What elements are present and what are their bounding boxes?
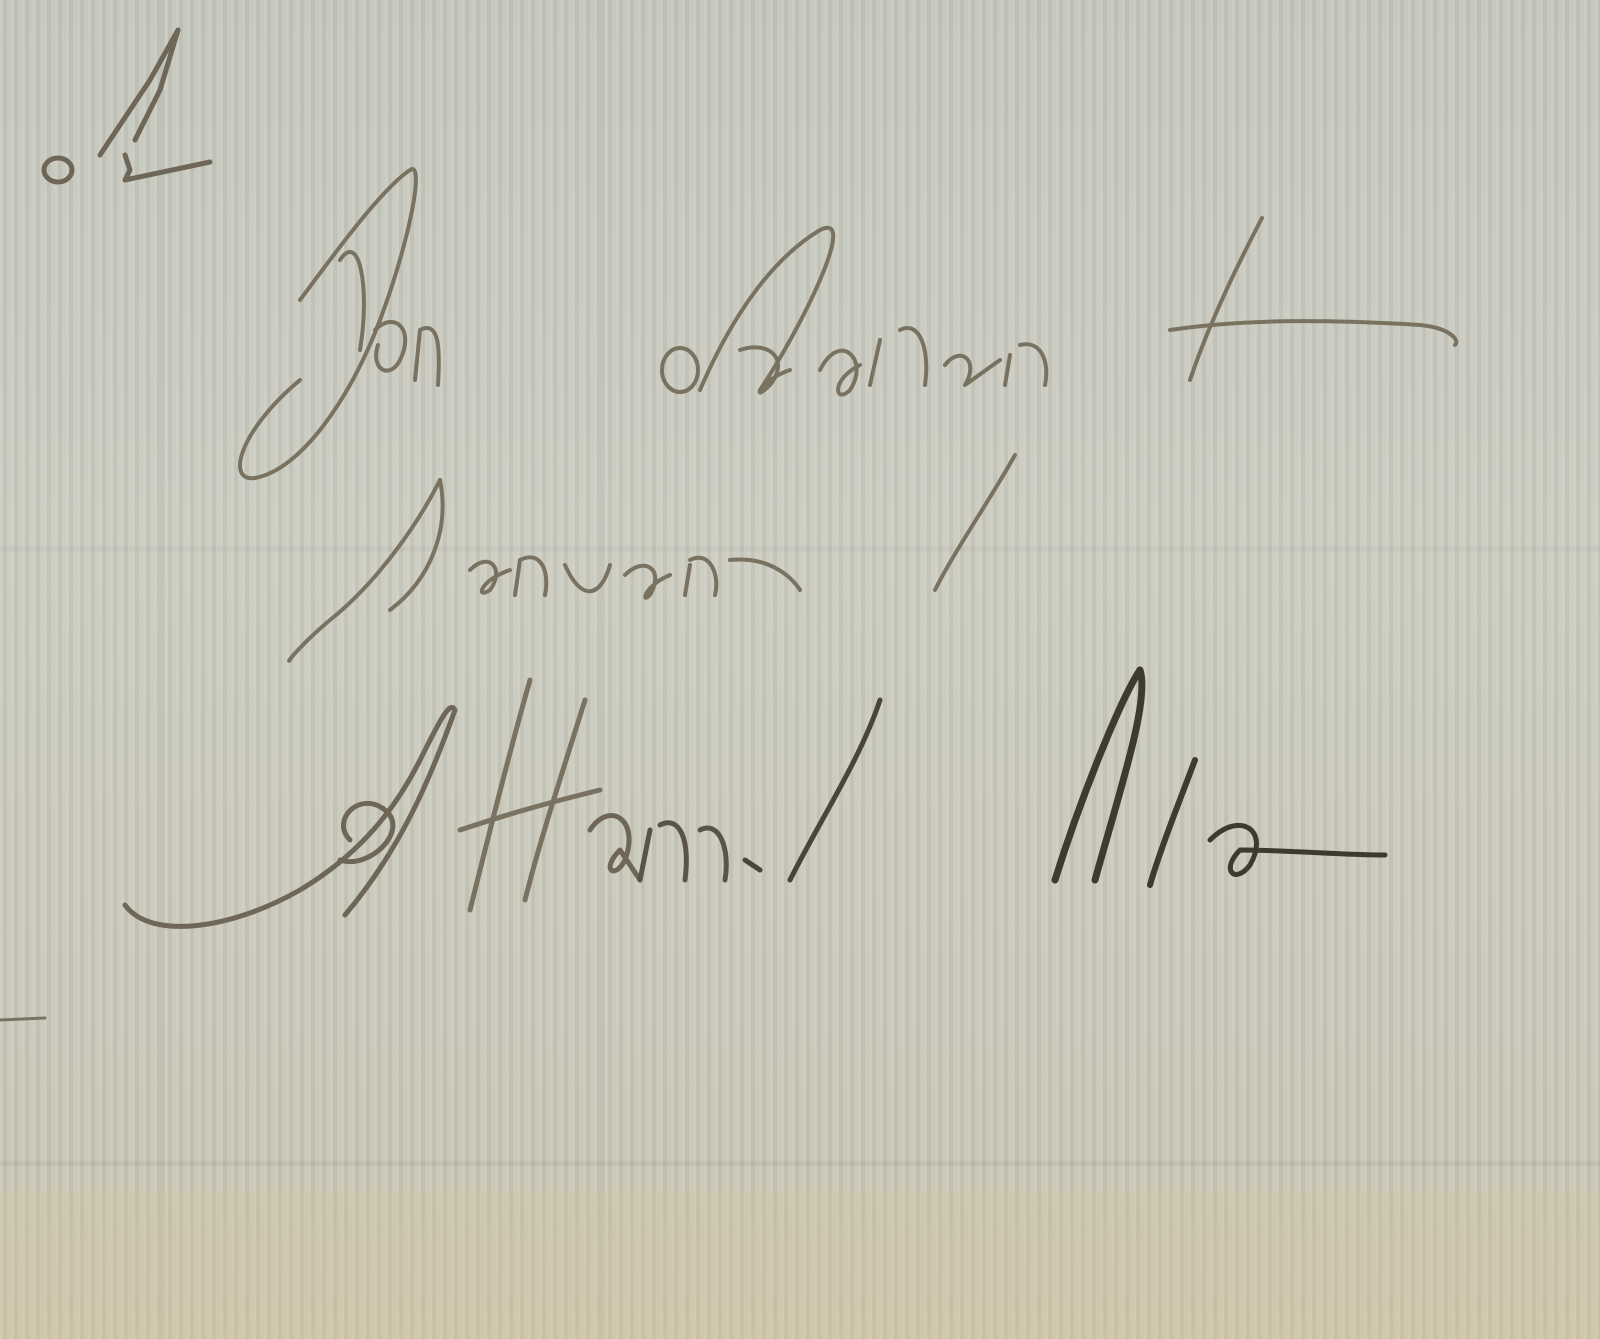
closing-line-2: servant [290, 470, 783, 622]
marginal-mark-text: A [40, 60, 112, 177]
handwriting-ink [0, 0, 1600, 1339]
margin-dash [0, 1018, 45, 1020]
letter-paper: A Your obedient servant A Hamilton [0, 0, 1600, 1339]
closing-line-1: Your obedient [240, 230, 1297, 404]
signature-text: A Hamilton [130, 690, 1164, 899]
